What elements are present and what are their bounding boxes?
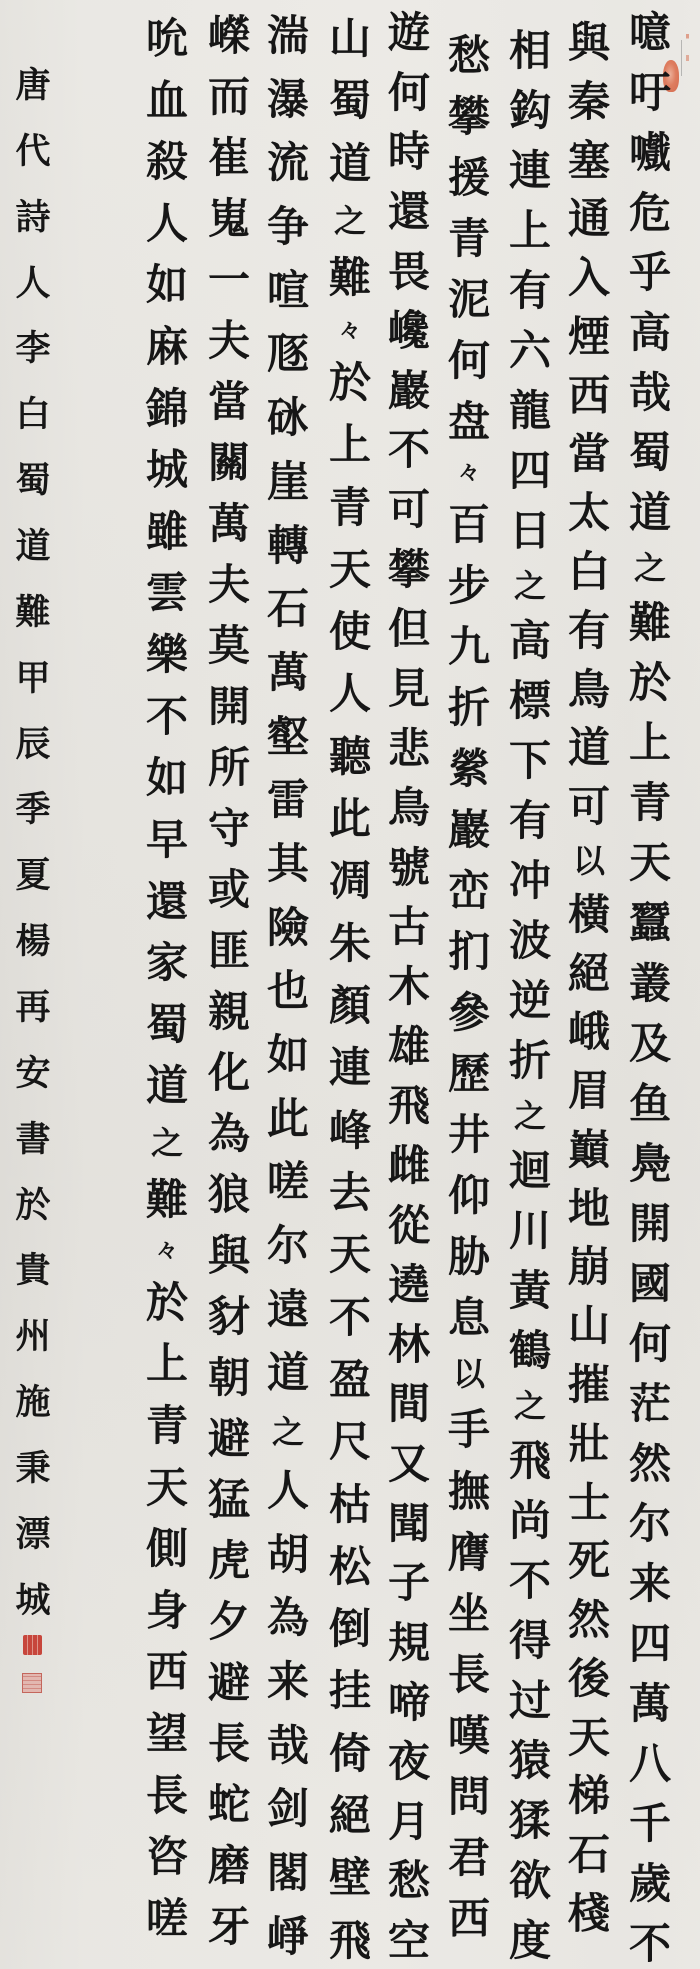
glyph: 道: [568, 727, 610, 769]
glyph: 萬: [267, 652, 309, 694]
glyph: 代: [15, 134, 50, 169]
glyph: 不: [329, 1297, 371, 1339]
glyph: 撫: [448, 1471, 490, 1513]
glyph: 地: [568, 1188, 610, 1230]
glyph: 避: [208, 1662, 250, 1704]
artist-studio-seal: [22, 1673, 42, 1693]
glyph: 子: [388, 1562, 430, 1604]
glyph: 李: [15, 331, 50, 366]
glyph: 攀: [388, 549, 430, 591]
glyph: 塞: [568, 140, 610, 182]
glyph: 當: [568, 433, 610, 475]
glyph: 甲: [15, 661, 50, 696]
glyph: 雌: [388, 1145, 430, 1187]
glyph: 之: [514, 570, 546, 602]
glyph: 之: [514, 1390, 546, 1422]
glyph: 泥: [448, 279, 490, 321]
glyph: 難: [329, 257, 371, 299]
glyph: 聽: [329, 736, 371, 778]
glyph: 上: [329, 424, 371, 466]
glyph: 遶: [388, 1264, 430, 1306]
glyph: 何: [388, 72, 430, 114]
glyph: 尔: [629, 1503, 671, 1545]
glyph: 巖: [388, 370, 430, 412]
glyph: 来: [267, 1661, 309, 1703]
glyph: 鳥: [568, 669, 610, 711]
glyph: 畏: [388, 251, 430, 293]
glyph: 鱼: [629, 1083, 671, 1125]
glyph: 有: [509, 800, 551, 842]
glyph: 如: [146, 264, 188, 306]
glyph: 豺: [208, 1296, 250, 1338]
glyph: 楊: [15, 924, 50, 959]
glyph: 之: [514, 1100, 546, 1132]
glyph: 唐: [15, 68, 50, 103]
glyph: 飛: [329, 1920, 371, 1962]
glyph: 嗟: [267, 1161, 309, 1203]
glyph: 夫: [208, 564, 250, 606]
glyph: 難: [629, 602, 671, 644]
glyph: 與: [208, 1235, 250, 1277]
glyph: 安: [15, 1056, 50, 1091]
glyph: 天: [568, 1717, 610, 1759]
glyph: 壁: [329, 1857, 371, 1899]
glyph: 人: [329, 673, 371, 715]
glyph: 牙: [208, 1906, 250, 1948]
glyph: 可: [388, 489, 430, 531]
glyph: 蜀: [146, 1004, 188, 1046]
glyph: 及: [629, 1023, 671, 1065]
glyph: 鳥: [388, 787, 430, 829]
glyph: 嘆: [448, 1715, 490, 1757]
glyph: 於: [15, 1188, 50, 1223]
glyph: 石: [568, 1834, 610, 1876]
glyph: 於: [629, 662, 671, 704]
glyph: 可: [568, 786, 610, 828]
glyph: 枯: [329, 1484, 371, 1526]
glyph: 天: [146, 1467, 188, 1509]
poem-column-2: 與秦塞通入煙西當太白有鳥道可以橫絕峨眉巔地崩山摧壯士死然後天梯石棧: [560, 22, 618, 1935]
glyph: 有: [509, 270, 551, 312]
glyph: 啼: [388, 1682, 430, 1724]
glyph: 早: [146, 819, 188, 861]
glyph: 道: [329, 143, 371, 185]
glyph: 茫: [629, 1383, 671, 1425]
glyph: 之: [151, 1127, 183, 1159]
glyph: 九: [448, 626, 490, 668]
glyph: 此: [267, 1098, 309, 1140]
glyph: 何: [629, 1323, 671, 1365]
glyph: 當: [208, 381, 250, 423]
glyph: 施: [15, 1385, 50, 1420]
glyph: 鶴: [509, 1330, 551, 1372]
glyph: 喧: [267, 270, 309, 312]
glyph: 辰: [15, 727, 50, 762]
glyph: 流: [267, 142, 309, 184]
glyph: 問: [448, 1776, 490, 1818]
glyph: 攀: [448, 96, 490, 138]
glyph: 日: [509, 510, 551, 552]
glyph: 不: [629, 1923, 671, 1965]
glyph: 千: [629, 1803, 671, 1845]
glyph: 難: [15, 595, 50, 630]
glyph: 崢: [267, 1916, 309, 1958]
glyph: 煙: [568, 316, 610, 358]
glyph: 開: [629, 1203, 671, 1245]
glyph: 道: [629, 492, 671, 534]
glyph: 守: [208, 808, 250, 850]
glyph: 再: [15, 990, 50, 1025]
glyph: 迴: [509, 1150, 551, 1192]
glyph: 絕: [329, 1795, 371, 1837]
glyph: 悲: [388, 728, 430, 770]
glyph: 峦: [448, 870, 490, 912]
glyph: 四: [509, 450, 551, 492]
glyph: 不: [509, 1560, 551, 1602]
glyph: 山: [568, 1305, 610, 1347]
glyph: 松: [329, 1546, 371, 1588]
glyph: 梯: [568, 1775, 610, 1817]
glyph: 倚: [329, 1733, 371, 1775]
glyph: 倒: [329, 1608, 371, 1650]
glyph: 嶸: [208, 15, 250, 57]
glyph: 壑: [267, 716, 309, 758]
glyph: 空: [388, 1920, 430, 1962]
glyph: 城: [15, 1583, 50, 1618]
poem-column-9: 吮血殺人如麻錦城雖雲樂不如早還家蜀道之難々於上青天側身西望長咨嗟: [138, 18, 196, 1940]
glyph: 士: [568, 1482, 610, 1524]
glyph: 峰: [329, 1110, 371, 1152]
glyph: 人: [267, 1470, 309, 1512]
glyph: 閣: [267, 1852, 309, 1894]
glyph: 哉: [629, 372, 671, 414]
glyph: 長: [146, 1775, 188, 1817]
glyph: 或: [208, 869, 250, 911]
glyph: 蛇: [208, 1784, 250, 1826]
glyph: 折: [448, 687, 490, 729]
glyph: 逆: [509, 980, 551, 1022]
glyph: 相: [509, 30, 551, 72]
glyph: 波: [509, 920, 551, 962]
glyph: 百: [448, 504, 490, 546]
glyph: 狼: [208, 1174, 250, 1216]
glyph: 嵬: [208, 198, 250, 240]
glyph: 秉: [15, 1451, 50, 1486]
glyph: 々: [458, 462, 480, 484]
glyph: 井: [448, 1114, 490, 1156]
glyph: 之: [634, 552, 666, 584]
glyph: 歲: [629, 1863, 671, 1905]
glyph: 橫: [568, 894, 610, 936]
glyph: 月: [388, 1801, 430, 1843]
glyph: 麻: [146, 326, 188, 368]
glyph: 通: [568, 198, 610, 240]
glyph: 為: [267, 1597, 309, 1639]
glyph: 坐: [448, 1593, 490, 1635]
glyph: 得: [509, 1620, 551, 1662]
glyph: 青: [629, 782, 671, 824]
glyph: 高: [629, 312, 671, 354]
glyph: 使: [329, 611, 371, 653]
glyph: 鈎: [509, 90, 551, 132]
glyph: 巉: [388, 310, 430, 352]
glyph: 湍: [267, 15, 309, 57]
glyph: 但: [388, 608, 430, 650]
glyph: 西: [448, 1898, 490, 1940]
glyph: 夫: [208, 320, 250, 362]
glyph: 之: [272, 1416, 304, 1448]
seal-ink-speck: [686, 34, 689, 64]
glyph: 乎: [629, 252, 671, 294]
glyph: 以: [453, 1358, 485, 1390]
glyph: 縈: [448, 748, 490, 790]
glyph: 盘: [448, 401, 490, 443]
glyph: 步: [448, 565, 490, 607]
glyph: 尔: [267, 1225, 309, 1267]
glyph: 為: [208, 1113, 250, 1155]
glyph: 與: [568, 22, 610, 64]
glyph: 来: [629, 1563, 671, 1605]
glyph: 崖: [267, 461, 309, 503]
glyph: 蠶: [629, 902, 671, 944]
glyph: 龍: [509, 390, 551, 432]
glyph: 關: [208, 442, 250, 484]
glyph: 遠: [267, 1289, 309, 1331]
glyph: 扪: [448, 931, 490, 973]
glyph: 胁: [448, 1236, 490, 1278]
glyph: 青: [329, 487, 371, 529]
glyph: 難: [146, 1179, 188, 1221]
glyph: 争: [267, 206, 309, 248]
glyph: 天: [329, 549, 371, 591]
glyph: 雖: [146, 511, 188, 553]
glyph: 西: [146, 1651, 188, 1693]
glyph: 於: [146, 1282, 188, 1324]
glyph: 絕: [568, 953, 610, 995]
glyph: 木: [388, 966, 430, 1008]
glyph: 飛: [509, 1440, 551, 1482]
glyph: 一: [208, 259, 250, 301]
glyph: 家: [146, 942, 188, 984]
glyph: 崔: [208, 137, 250, 179]
glyph: 萬: [208, 503, 250, 545]
glyph: 州: [15, 1319, 50, 1354]
glyph: 何: [448, 340, 490, 382]
poem-column-3: 相鈎連上有六龍四日之高標下有冲波逆折之迴川黃鶴之飛尚不得过猿猱欲度: [501, 30, 559, 1962]
glyph: 雲: [146, 572, 188, 614]
paper-crease: [681, 40, 682, 76]
glyph: 吁: [629, 72, 671, 114]
glyph: 膺: [448, 1532, 490, 1574]
glyph: 道: [267, 1352, 309, 1394]
glyph: 漂: [15, 1517, 50, 1552]
glyph: 青: [448, 218, 490, 260]
glyph: 此: [329, 798, 371, 840]
glyph: 人: [146, 203, 188, 245]
glyph: 朱: [329, 923, 371, 965]
glyph: 々: [156, 1240, 178, 1262]
glyph: 險: [267, 907, 309, 949]
glyph: 上: [509, 210, 551, 252]
glyph: 雷: [267, 779, 309, 821]
glyph: 哉: [267, 1725, 309, 1767]
glyph: 上: [629, 722, 671, 764]
glyph: 標: [509, 680, 551, 722]
glyph: 山: [329, 18, 371, 60]
glyph: 青: [146, 1405, 188, 1447]
glyph: 巖: [448, 809, 490, 851]
glyph: 西: [568, 375, 610, 417]
glyph: 然: [568, 1599, 610, 1641]
glyph: 歷: [448, 1053, 490, 1095]
glyph: 君: [448, 1837, 490, 1879]
glyph: 仰: [448, 1175, 490, 1217]
glyph: 太: [568, 492, 610, 534]
glyph: 巔: [568, 1129, 610, 1171]
glyph: 顏: [329, 985, 371, 1027]
glyph: 吮: [146, 18, 188, 60]
poem-column-5: 遊何時還畏巉巖不可攀但見悲鳥號古木雄飛雌從遶林間又聞子規啼夜月愁空: [380, 12, 438, 1962]
glyph: 身: [146, 1590, 188, 1632]
glyph: 如: [267, 1034, 309, 1076]
artist-name-seal: [23, 1635, 42, 1655]
signature-inscription: 唐代詩人李白蜀道難甲辰季夏楊再安書於貴州施秉漂城: [8, 68, 58, 1618]
glyph: 眉: [568, 1070, 610, 1112]
glyph: 嗟: [146, 1898, 188, 1940]
glyph: 蜀: [329, 80, 371, 122]
glyph: 秦: [568, 81, 610, 123]
glyph: 夜: [388, 1741, 430, 1783]
glyph: 聞: [388, 1503, 430, 1545]
glyph: 開: [208, 686, 250, 728]
glyph: 連: [509, 150, 551, 192]
glyph: 瀑: [267, 79, 309, 121]
glyph: 遊: [388, 12, 430, 54]
glyph: 咨: [146, 1836, 188, 1878]
glyph: 息: [448, 1297, 490, 1339]
glyph: 有: [568, 610, 610, 652]
glyph: 折: [509, 1040, 551, 1082]
glyph: 朝: [208, 1357, 250, 1399]
poem-column-7: 湍瀑流争喧豗砯崖轉石萬壑雷其險也如此嗟尔遠道之人胡為来哉剑閣崢: [259, 15, 317, 1958]
glyph: 雄: [388, 1026, 430, 1068]
glyph: 親: [208, 991, 250, 1033]
glyph: 城: [146, 449, 188, 491]
glyph: 々: [339, 320, 361, 342]
glyph: 崩: [568, 1246, 610, 1288]
glyph: 避: [208, 1418, 250, 1460]
glyph: 樂: [146, 634, 188, 676]
glyph: 古: [388, 906, 430, 948]
glyph: 死: [568, 1540, 610, 1582]
glyph: 如: [146, 757, 188, 799]
glyph: 書: [15, 1122, 50, 1157]
glyph: 側: [146, 1528, 188, 1570]
glyph: 去: [329, 1172, 371, 1214]
glyph: 砯: [267, 397, 309, 439]
glyph: 四: [629, 1623, 671, 1665]
glyph: 蜀: [629, 432, 671, 474]
glyph: 手: [448, 1409, 490, 1451]
glyph: 季: [15, 792, 50, 827]
glyph: 還: [388, 191, 430, 233]
glyph: 夕: [208, 1601, 250, 1643]
glyph: 望: [146, 1713, 188, 1755]
glyph: 挂: [329, 1670, 371, 1712]
glyph: 見: [388, 668, 430, 710]
glyph: 轉: [267, 525, 309, 567]
glyph: 蜀: [15, 463, 50, 498]
glyph: 殺: [146, 141, 188, 183]
glyph: 尚: [509, 1500, 551, 1542]
glyph: 夏: [15, 858, 50, 893]
glyph: 磨: [208, 1845, 250, 1887]
glyph: 猛: [208, 1479, 250, 1521]
poem-column-1: 噫吁嚱危乎高哉蜀道之難於上青天蠶叢及鱼鳧開國何茫然尔来四萬八千歲不: [621, 12, 679, 1965]
glyph: 人: [15, 266, 50, 301]
glyph: 白: [568, 551, 610, 593]
glyph: 從: [388, 1205, 430, 1247]
glyph: 以: [573, 845, 605, 877]
glyph: 長: [208, 1723, 250, 1765]
glyph: 血: [146, 80, 188, 122]
poem-column-4: 愁攀援青泥何盘々百步九折縈巖峦扪參歷井仰胁息以手撫膺坐長嘆問君西: [440, 35, 498, 1940]
glyph: 危: [629, 192, 671, 234]
calligraphy-scroll: 噫吁嚱危乎高哉蜀道之難於上青天蠶叢及鱼鳧開國何茫然尔来四萬八千歲不 與秦塞通入煙…: [0, 0, 700, 1969]
glyph: 摧: [568, 1364, 610, 1406]
glyph: 林: [388, 1324, 430, 1366]
glyph: 冲: [509, 860, 551, 902]
glyph: 愁: [448, 35, 490, 77]
glyph: 萬: [629, 1683, 671, 1725]
glyph: 然: [629, 1443, 671, 1485]
glyph: 六: [509, 330, 551, 372]
glyph: 所: [208, 747, 250, 789]
glyph: 規: [388, 1622, 430, 1664]
glyph: 化: [208, 1052, 250, 1094]
glyph: 時: [388, 131, 430, 173]
glyph: 川: [509, 1210, 551, 1252]
glyph: 下: [509, 740, 551, 782]
glyph: 莫: [208, 625, 250, 667]
glyph: 白: [15, 397, 50, 432]
glyph: 詩: [15, 200, 50, 235]
glyph: 不: [388, 429, 430, 471]
glyph: 欲: [509, 1860, 551, 1902]
glyph: 愁: [388, 1860, 430, 1902]
glyph: 還: [146, 881, 188, 923]
glyph: 飛: [388, 1085, 430, 1127]
glyph: 豗: [267, 333, 309, 375]
glyph: 过: [509, 1680, 551, 1722]
glyph: 入: [568, 257, 610, 299]
glyph: 天: [629, 842, 671, 884]
glyph: 也: [267, 970, 309, 1012]
glyph: 棧: [568, 1893, 610, 1935]
glyph: 連: [329, 1047, 371, 1089]
glyph: 貴: [15, 1253, 50, 1288]
glyph: 長: [448, 1654, 490, 1696]
glyph: 又: [388, 1443, 430, 1485]
glyph: 天: [329, 1234, 371, 1276]
glyph: 錦: [146, 388, 188, 430]
glyph: 嚱: [629, 132, 671, 174]
glyph: 鳧: [629, 1143, 671, 1185]
glyph: 尺: [329, 1421, 371, 1463]
glyph: 石: [267, 588, 309, 630]
glyph: 剑: [267, 1788, 309, 1830]
glyph: 之: [334, 205, 366, 237]
